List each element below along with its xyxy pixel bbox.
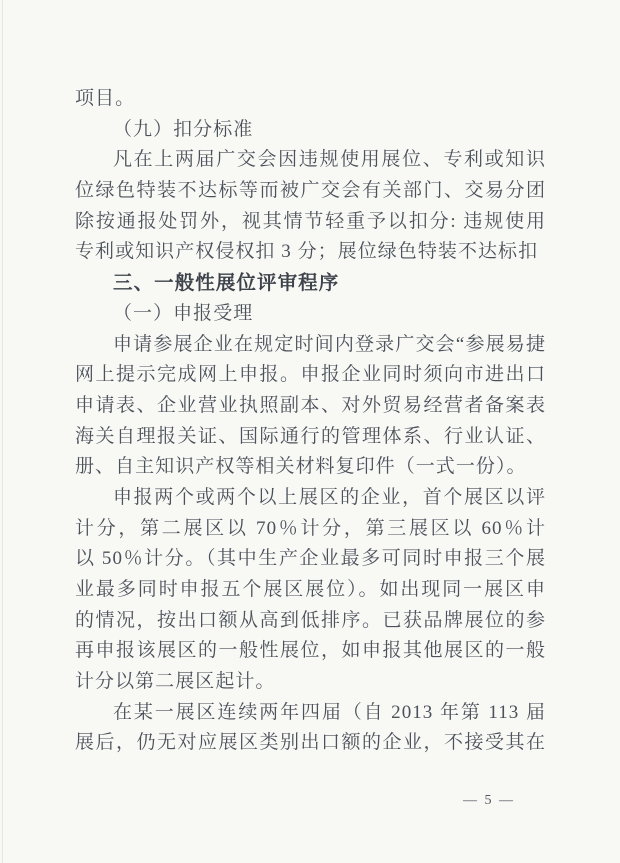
document-line: 以 50％计分。（其中生产企业最多可同时申报三个展区展位，流通企 (75, 544, 546, 575)
document-line: 海关自理报关证、国际通行的管理体系、行业认证、境内外商标注 (75, 422, 546, 453)
page-number: — 5 — (463, 792, 515, 810)
document-body: 项目。（九）扣分标准凡在上两届广交会因违规使用展位、专利或知识产权侵权、展位绿色… (75, 84, 546, 759)
subsection-heading: （一）申报受理 (75, 299, 546, 330)
document-line: 计分以第二展区起计。 (75, 667, 546, 698)
section-heading: 三、一般性展位评审程序 (75, 268, 546, 299)
document-line: 申报两个或两个以上展区的企业，首个展区以评审得分的 100% (75, 483, 546, 514)
document-line: 的情况，按出口额从高到低排序。已获品牌展位的参展企业，不得 (75, 606, 546, 637)
document-line: 网上提示完成网上申报。申报企业同时须向市进出口商会递交展位 (75, 360, 546, 391)
document-line: 再申报该展区的一般性展位，如申报其他展区的一般性展位，评审 (75, 636, 546, 667)
subsection-heading: （九）扣分标准 (75, 115, 546, 146)
document-line: 展后，仍无对应展区类别出口额的企业，不接受其在该展区继续申 (75, 728, 546, 759)
document-line: 册、自主知识产权等相关材料复印件（一式一份）。 (75, 452, 546, 483)
document-line: 申请参展企业在规定时间内登录广交会“参展易捷通系统”，按 (75, 330, 546, 361)
document-line: 计分，第二展区以 70％计分，第三展区以 60％计分，第四、五展区 (75, 514, 546, 545)
document-line: 专利或知识产权侵权扣 3 分；展位绿色特装不达标扣 1 分等。 (75, 237, 546, 268)
document-line: 在某一展区连续两年四届（自 2013 年第 113 届广交会起计）参 (75, 698, 546, 729)
document-line: 除按通报处罚外，视其情节轻重予以扣分: 违规使用展位扣 10 分; (75, 207, 546, 238)
document-line: 项目。 (75, 84, 546, 115)
document-line: 凡在上两届广交会因违规使用展位、专利或知识产权侵权、展 (75, 145, 546, 176)
document-line: 申请表、企业营业执照副本、对外贸易经营者备案表或批准证书、 (75, 391, 546, 422)
document-line: 业最多同时申报五个展区展位）。如出现同一展区申请企业总分相同 (75, 575, 546, 606)
document-page: 项目。（九）扣分标准凡在上两届广交会因违规使用展位、专利或知识产权侵权、展位绿色… (0, 0, 620, 863)
scan-edge-line (2, 0, 3, 863)
document-line: 位绿色特装不达标等而被广交会有关部门、交易分团通报的企业， (75, 176, 546, 207)
